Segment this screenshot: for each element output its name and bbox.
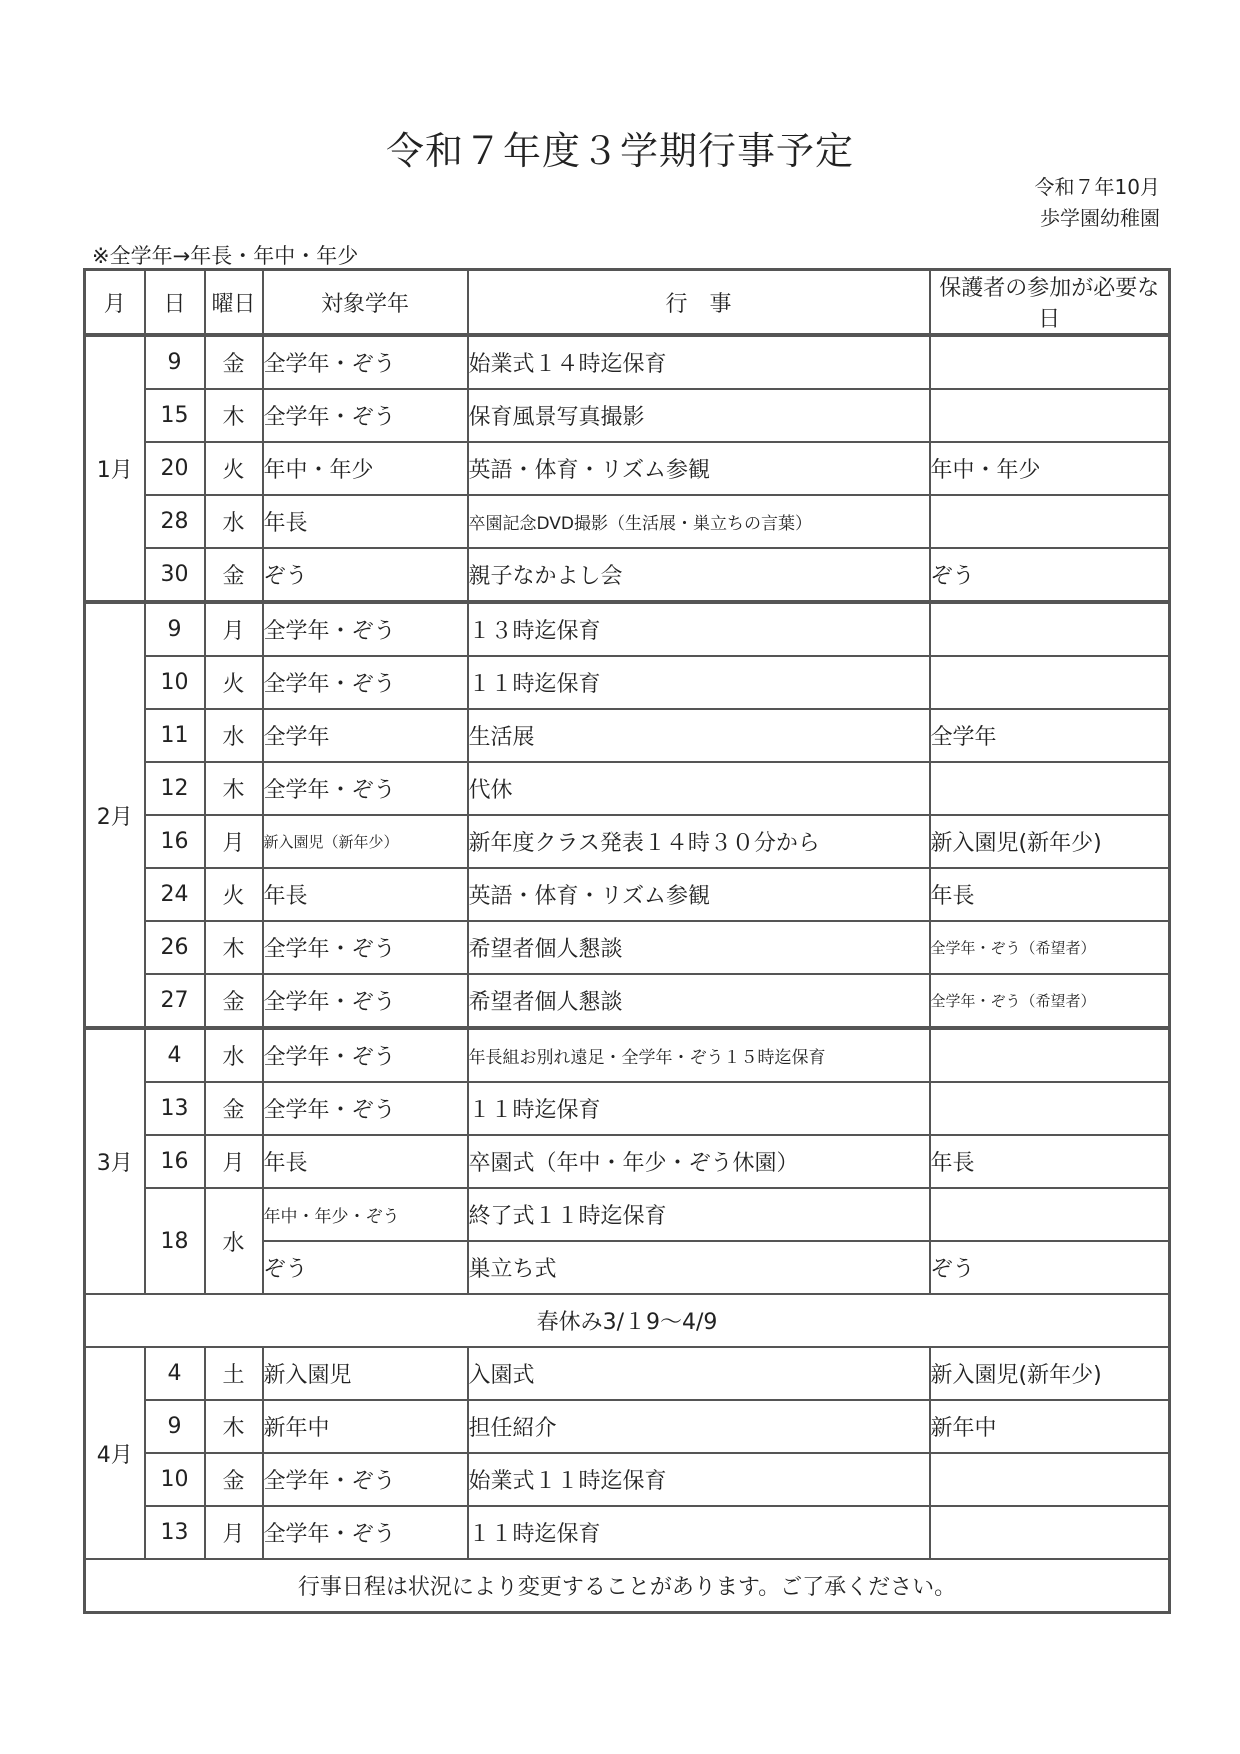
target-cell: ぞう (263, 1241, 468, 1294)
event-cell: １１時迄保育 (468, 656, 930, 709)
target-cell: 全学年 (263, 709, 468, 762)
parent-cell: ぞう (930, 548, 1170, 602)
spring-break-row: 春休み3/１9～4/9 (85, 1294, 1170, 1347)
target-cell: 全学年・ぞう (263, 656, 468, 709)
weekday-cell: 水 (205, 495, 263, 548)
weekday-cell: 月 (205, 1506, 263, 1559)
header-row: 月 日 曜日 対象学年 行 事 保護者の参加が必要な日 (85, 270, 1170, 336)
table-row: 15 木 全学年・ぞう 保育風景写真撮影 (85, 389, 1170, 442)
target-cell: 全学年・ぞう (263, 974, 468, 1028)
target-cell: 全学年・ぞう (263, 602, 468, 656)
table-row: 16 月 新入園児（新年少） 新年度クラス発表１４時３０分から 新入園児(新年少… (85, 815, 1170, 868)
spring-break-label: 春休み3/１9～4/9 (85, 1294, 1170, 1347)
parent-cell (930, 602, 1170, 656)
event-cell: 巣立ち式 (468, 1241, 930, 1294)
parent-cell (930, 335, 1170, 389)
target-cell: 新入園児 (263, 1347, 468, 1400)
weekday-cell: 月 (205, 815, 263, 868)
day-cell: 4 (145, 1028, 205, 1082)
event-cell: 生活展 (468, 709, 930, 762)
issue-date: 令和７年10月 (1035, 172, 1160, 203)
event-cell: 終了式１１時迄保育 (468, 1188, 930, 1241)
header-event: 行 事 (468, 270, 930, 336)
school-name: 歩学園幼稚園 (1035, 203, 1160, 234)
table-row: 24 火 年長 英語・体育・リズム参観 年長 (85, 868, 1170, 921)
day-cell: 4 (145, 1347, 205, 1400)
header-parent: 保護者の参加が必要な日 (930, 270, 1170, 336)
day-cell: 9 (145, 335, 205, 389)
day-cell: 9 (145, 1400, 205, 1453)
weekday-cell: 金 (205, 548, 263, 602)
document-title: 令和７年度３学期行事予定 (0, 120, 1240, 175)
table-row: 13 月 全学年・ぞう １１時迄保育 (85, 1506, 1170, 1559)
target-cell: ぞう (263, 548, 468, 602)
target-cell: 全学年・ぞう (263, 1506, 468, 1559)
grade-note: ※全学年→年長・年中・年少 (92, 240, 358, 270)
parent-cell: 新入園児(新年少) (930, 1347, 1170, 1400)
table-row: 28 水 年長 卒園記念DVD撮影（生活展・巣立ちの言葉） (85, 495, 1170, 548)
table-row: 11 水 全学年 生活展 全学年 (85, 709, 1170, 762)
month-cell: 4月 (85, 1347, 145, 1559)
event-cell: 新年度クラス発表１４時３０分から (468, 815, 930, 868)
target-cell: 全学年・ぞう (263, 921, 468, 974)
target-cell: 全学年・ぞう (263, 1082, 468, 1135)
weekday-cell: 金 (205, 1082, 263, 1135)
parent-cell: 新年中 (930, 1400, 1170, 1453)
target-cell: 年中・年少・ぞう (263, 1188, 468, 1241)
table-row: 16 月 年長 卒園式（年中・年少・ぞう休園） 年長 (85, 1135, 1170, 1188)
weekday-cell: 金 (205, 335, 263, 389)
target-cell: 新年中 (263, 1400, 468, 1453)
table-row: 13 金 全学年・ぞう １１時迄保育 (85, 1082, 1170, 1135)
header-day: 日 (145, 270, 205, 336)
table-row: 30 金 ぞう 親子なかよし会 ぞう (85, 548, 1170, 602)
table-row: 20 火 年中・年少 英語・体育・リズム参観 年中・年少 (85, 442, 1170, 495)
target-cell: 新入園児（新年少） (263, 815, 468, 868)
parent-cell: 年中・年少 (930, 442, 1170, 495)
target-cell: 年長 (263, 495, 468, 548)
footer-notice: 行事日程は状況により変更することがあります。ご了承ください。 (85, 1559, 1170, 1613)
event-cell: 代休 (468, 762, 930, 815)
target-cell: 全学年・ぞう (263, 389, 468, 442)
table-row: 4月 4 土 新入園児 入園式 新入園児(新年少) (85, 1347, 1170, 1400)
parent-cell (930, 495, 1170, 548)
table-row: 1月 9 金 全学年・ぞう 始業式１４時迄保育 (85, 335, 1170, 389)
parent-cell (930, 1506, 1170, 1559)
event-cell: 始業式１１時迄保育 (468, 1453, 930, 1506)
weekday-cell: 水 (205, 709, 263, 762)
schedule-table: 月 日 曜日 対象学年 行 事 保護者の参加が必要な日 1月 9 金 全学年・ぞ… (83, 268, 1171, 1614)
weekday-cell: 土 (205, 1347, 263, 1400)
header-target: 対象学年 (263, 270, 468, 336)
parent-cell: 全学年・ぞう（希望者） (930, 921, 1170, 974)
parent-cell: 新入園児(新年少) (930, 815, 1170, 868)
weekday-cell: 月 (205, 1135, 263, 1188)
day-cell: 10 (145, 656, 205, 709)
weekday-cell: 月 (205, 602, 263, 656)
day-cell: 16 (145, 815, 205, 868)
event-cell: １３時迄保育 (468, 602, 930, 656)
header-month: 月 (85, 270, 145, 336)
weekday-cell: 金 (205, 974, 263, 1028)
table-row: 10 金 全学年・ぞう 始業式１１時迄保育 (85, 1453, 1170, 1506)
parent-cell: ぞう (930, 1241, 1170, 1294)
document-meta: 令和７年10月 歩学園幼稚園 (1035, 172, 1160, 234)
event-cell: 親子なかよし会 (468, 548, 930, 602)
header-weekday: 曜日 (205, 270, 263, 336)
parent-cell (930, 1028, 1170, 1082)
weekday-cell: 木 (205, 1400, 263, 1453)
day-cell: 18 (145, 1188, 205, 1294)
target-cell: 全学年・ぞう (263, 1028, 468, 1082)
day-cell: 12 (145, 762, 205, 815)
weekday-cell: 火 (205, 656, 263, 709)
table-row: 12 木 全学年・ぞう 代休 (85, 762, 1170, 815)
weekday-cell: 火 (205, 868, 263, 921)
parent-cell (930, 762, 1170, 815)
day-cell: 10 (145, 1453, 205, 1506)
month-cell: 3月 (85, 1028, 145, 1294)
table-row: 26 木 全学年・ぞう 希望者個人懇談 全学年・ぞう（希望者） (85, 921, 1170, 974)
event-cell: 入園式 (468, 1347, 930, 1400)
target-cell: 年長 (263, 868, 468, 921)
parent-cell (930, 1188, 1170, 1241)
target-cell: 年中・年少 (263, 442, 468, 495)
event-cell: 卒園式（年中・年少・ぞう休園） (468, 1135, 930, 1188)
parent-cell: 全学年 (930, 709, 1170, 762)
parent-cell (930, 1082, 1170, 1135)
weekday-cell: 火 (205, 442, 263, 495)
day-cell: 27 (145, 974, 205, 1028)
day-cell: 28 (145, 495, 205, 548)
event-cell: 保育風景写真撮影 (468, 389, 930, 442)
footer-row: 行事日程は状況により変更することがあります。ご了承ください。 (85, 1559, 1170, 1613)
event-cell: １１時迄保育 (468, 1506, 930, 1559)
day-cell: 24 (145, 868, 205, 921)
day-cell: 20 (145, 442, 205, 495)
table-row: 18 水 年中・年少・ぞう 終了式１１時迄保育 (85, 1188, 1170, 1241)
event-cell: 担任紹介 (468, 1400, 930, 1453)
event-cell: １１時迄保育 (468, 1082, 930, 1135)
day-cell: 9 (145, 602, 205, 656)
target-cell: 全学年・ぞう (263, 335, 468, 389)
table-row: 10 火 全学年・ぞう １１時迄保育 (85, 656, 1170, 709)
parent-cell: 年長 (930, 1135, 1170, 1188)
parent-cell: 全学年・ぞう（希望者） (930, 974, 1170, 1028)
event-cell: 希望者個人懇談 (468, 921, 930, 974)
day-cell: 30 (145, 548, 205, 602)
day-cell: 15 (145, 389, 205, 442)
target-cell: 年長 (263, 1135, 468, 1188)
table-row: 27 金 全学年・ぞう 希望者個人懇談 全学年・ぞう（希望者） (85, 974, 1170, 1028)
event-cell: 始業式１４時迄保育 (468, 335, 930, 389)
table-row: 3月 4 水 全学年・ぞう 年長組お別れ遠足・全学年・ぞう１５時迄保育 (85, 1028, 1170, 1082)
parent-cell (930, 656, 1170, 709)
parent-cell (930, 389, 1170, 442)
event-cell: 年長組お別れ遠足・全学年・ぞう１５時迄保育 (468, 1028, 930, 1082)
target-cell: 全学年・ぞう (263, 762, 468, 815)
table-row: 9 木 新年中 担任紹介 新年中 (85, 1400, 1170, 1453)
weekday-cell: 水 (205, 1188, 263, 1294)
month-cell: 1月 (85, 335, 145, 602)
day-cell: 13 (145, 1082, 205, 1135)
event-cell: 英語・体育・リズム参観 (468, 442, 930, 495)
day-cell: 13 (145, 1506, 205, 1559)
parent-cell: 年長 (930, 868, 1170, 921)
month-cell: 2月 (85, 602, 145, 1028)
day-cell: 26 (145, 921, 205, 974)
event-cell: 卒園記念DVD撮影（生活展・巣立ちの言葉） (468, 495, 930, 548)
event-cell: 英語・体育・リズム参観 (468, 868, 930, 921)
day-cell: 11 (145, 709, 205, 762)
weekday-cell: 金 (205, 1453, 263, 1506)
weekday-cell: 木 (205, 921, 263, 974)
weekday-cell: 木 (205, 389, 263, 442)
event-cell: 希望者個人懇談 (468, 974, 930, 1028)
parent-cell (930, 1453, 1170, 1506)
table-row: 2月 9 月 全学年・ぞう １３時迄保育 (85, 602, 1170, 656)
weekday-cell: 水 (205, 1028, 263, 1082)
target-cell: 全学年・ぞう (263, 1453, 468, 1506)
weekday-cell: 木 (205, 762, 263, 815)
day-cell: 16 (145, 1135, 205, 1188)
